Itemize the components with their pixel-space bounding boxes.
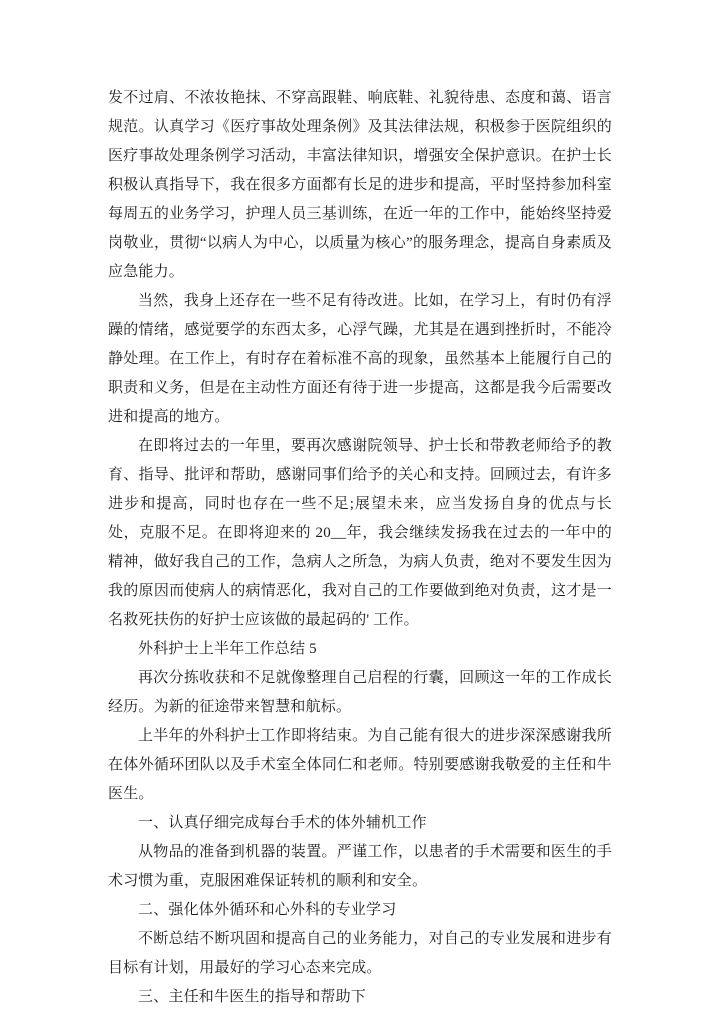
paragraph-self-shortcomings: 当然，我身上还存在一些不足有待改进。比如，在学习上，有时仍有浮躁的情绪，感觉要学…	[108, 287, 612, 432]
paragraph-half-year-ending-thanks: 上半年的外科护士工作即将结束。为自己能有很大的进步深深感谢我所在体外循环团队以及…	[108, 722, 612, 809]
paragraph-thanks-and-outlook: 在即将过去的一年里，要再次感谢院领导、护士长和带教老师给予的教育、指导、批评和帮…	[108, 432, 612, 635]
list-item-heading-3: 三、主任和牛医生的指导和帮助下	[108, 983, 612, 1012]
list-item-heading-1: 一、认真仔细完成每台手术的体外辅机工作	[108, 809, 612, 838]
section-heading-summary-5: 外科护士上半年工作总结 5	[108, 635, 612, 664]
paragraph-sorting-gains: 再次分拣收获和不足就像整理自己启程的行囊，回顾这一年的工作成长经历。为新的征途带…	[108, 664, 612, 722]
list-item-heading-2: 二、强化体外循环和心外科的专业学习	[108, 896, 612, 925]
paragraph-item-2-body: 不断总结不断巩固和提高自己的业务能力，对自己的专业发展和进步有目标有计划，用最好…	[108, 925, 612, 983]
paragraph-continuation-grooming-and-study: 发不过肩、不浓妆艳抹、不穿高跟鞋、响底鞋、礼貌待患、态度和蔼、语言规范。认真学习…	[108, 84, 612, 287]
document-page: 发不过肩、不浓妆艳抹、不穿高跟鞋、响底鞋、礼貌待患、态度和蔼、语言规范。认真学习…	[0, 0, 720, 1017]
paragraph-item-1-body: 从物品的准备到机器的装置。严谨工作，以患者的手术需要和医生的手术习惯为重，克服困…	[108, 838, 612, 896]
